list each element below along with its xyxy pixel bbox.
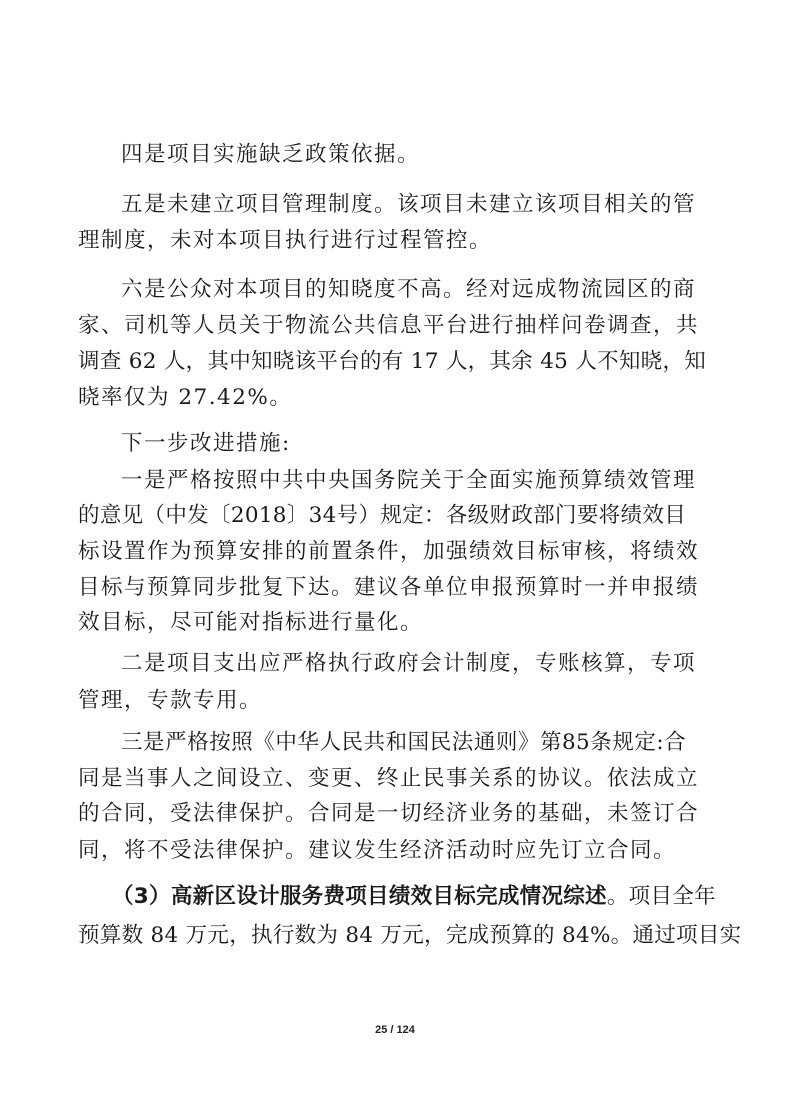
section-heading-line: （3）高新区设计服务费项目绩效目标完成情况综述。项目全年 <box>112 883 686 911</box>
measure-one-line-2: 的意见（中发〔2018〕34号）规定：各级财政部门要将绩效目 <box>78 502 686 530</box>
measure-two-line-2: 管理，专款专用。 <box>78 687 686 715</box>
paragraph-six-line-3: 调查 62 人，其中知晓该平台的有 17 人，其余 45 人不知晓，知 <box>78 348 686 376</box>
document-page: 四是项目实施缺乏政策依据。 五是未建立项目管理制度。该项目未建立该项目相关的管 … <box>0 0 790 1118</box>
section-heading-bold: （3）高新区设计服务费项目绩效目标完成情况综述 <box>112 884 607 909</box>
section-heading-text: 。项目全年 <box>607 884 716 909</box>
measure-one-line-4: 目标与预算同步批复下达。建议各单位申报预算时一并申报绩 <box>78 574 686 602</box>
measure-one-line-1: 一是严格按照中共中央国务院关于全面实施预算绩效管理 <box>121 467 686 495</box>
measure-one-line-3: 标设置作为预算安排的前置条件，加强绩效目标审核，将绩效 <box>78 538 686 566</box>
paragraph-six-line-2: 家、司机等人员关于物流公共信息平台进行抽样问卷调查，共 <box>78 312 686 340</box>
paragraph-six-line-1: 六是公众对本项目的知晓度不高。经对远成物流园区的商 <box>121 276 686 304</box>
section-continuation-line: 预算数 84 万元，执行数为 84 万元，完成预算的 84%。通过项目实 <box>78 922 686 950</box>
next-steps-heading: 下一步改进措施: <box>121 430 686 458</box>
measure-one-line-5: 效目标，尽可能对指标进行量化。 <box>78 609 686 637</box>
measure-three-line-3: 的合同，受法律保护。合同是一切经济业务的基础，未签订合 <box>78 800 686 828</box>
paragraph-six-line-4: 晓率仅为 27.42%。 <box>78 384 686 412</box>
measure-three-line-2: 同是当事人之间设立、变更、终止民事关系的协议。依法成立 <box>78 765 686 793</box>
measure-three-line-1: 三是严格按照《中华人民共和国民法通则》第85条规定:合 <box>121 729 686 757</box>
paragraph-five-line-1: 五是未建立项目管理制度。该项目未建立该项目相关的管 <box>121 191 686 219</box>
page-number: 25 / 124 <box>0 1024 790 1036</box>
paragraph-five-line-2: 理制度，未对本项目执行进行过程管控。 <box>78 227 686 255</box>
paragraph-four-line-1: 四是项目实施缺乏政策依据。 <box>121 141 686 169</box>
measure-three-line-4: 同，将不受法律保护。建议发生经济活动时应先订立合同。 <box>78 837 686 865</box>
measure-two-line-1: 二是项目支出应严格执行政府会计制度，专账核算，专项 <box>121 650 686 678</box>
